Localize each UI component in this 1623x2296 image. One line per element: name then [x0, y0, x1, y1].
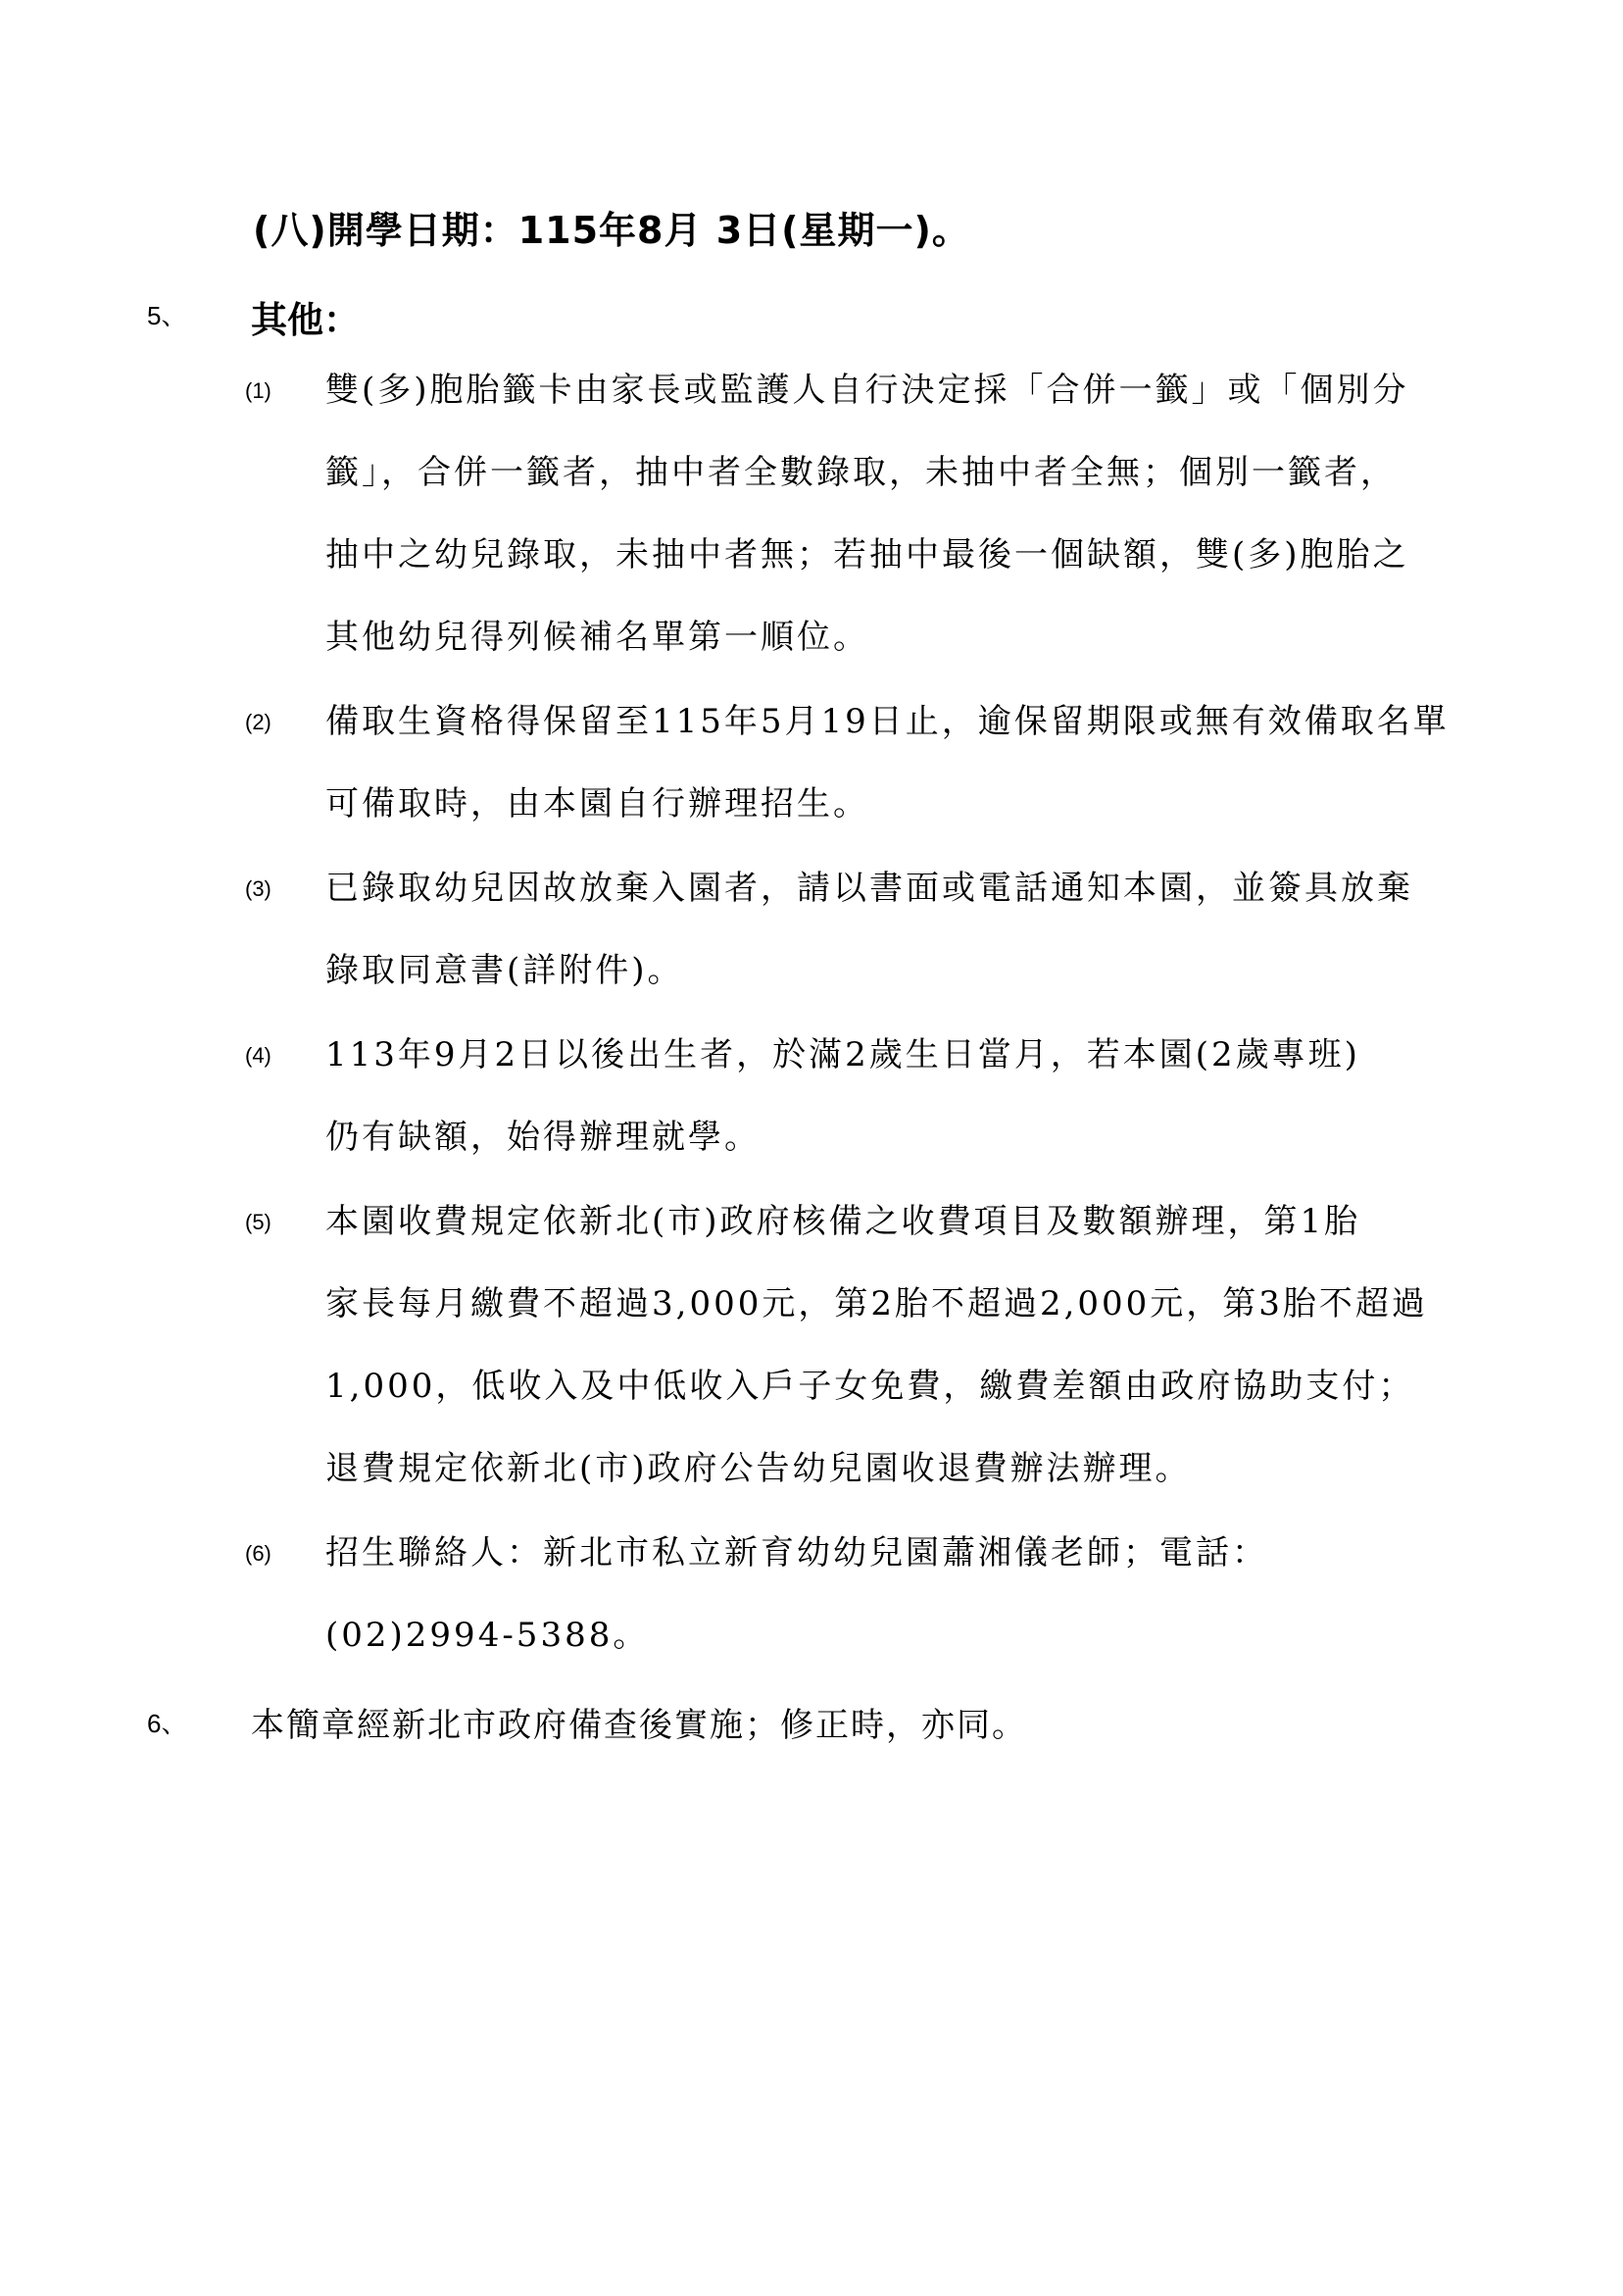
section-number: 5、 [147, 296, 186, 332]
item-line: 可備取時，由本園自行辦理招生。 [325, 784, 869, 824]
item-line: 退費規定依新北(市)政府公告幼兒園收退費辦法辦理。 [325, 1449, 1192, 1488]
section-title: 其他： [251, 290, 360, 343]
item-number: (5) [245, 1210, 271, 1235]
item-line: 家長每月繳費不超過3,000元，第2胎不超過2,000元，第3胎不超過 [325, 1284, 1428, 1323]
item-line: (02)2994-5388。 [325, 1616, 649, 1655]
item-line: 備取生資格得保留至115年5月19日止，逾保留期限或無有效備取名單 [325, 702, 1450, 741]
document-page: (八)開學日期：115年8月 3日(星期一)。 5、 其他： (1) 雙(多)胞… [0, 0, 1623, 2296]
section-text: 本簡章經新北市政府備查後實施；修正時，亦同。 [251, 1698, 1027, 1746]
section-number: 6、 [147, 1704, 186, 1740]
item-line: 已錄取幼兒因故放棄入園者，請以書面或電話通知本園，並簽具放棄 [325, 869, 1413, 908]
item-line: 籤」，合併一籤者，抽中者全數錄取，未抽中者全無；個別一籤者， [325, 453, 1397, 492]
item-line: 招生聯絡人：新北市私立新育幼幼兒園蕭湘儀老師；電話： [325, 1533, 1268, 1572]
item-line: 仍有缺額，始得辦理就學。 [325, 1118, 761, 1157]
item-number: (4) [245, 1043, 271, 1069]
item-line: 其他幼兒得列候補名單第一順位。 [325, 618, 869, 657]
item-number: (6) [245, 1541, 271, 1567]
item-line: 1,000，低收入及中低收入戶子女免費，繳費差額由政府協助支付； [325, 1367, 1414, 1406]
item-number: (3) [245, 876, 271, 902]
item-line: 錄取同意書(詳附件)。 [325, 951, 684, 990]
item-number: (1) [245, 378, 271, 404]
item-line: 本園收費規定依新北(市)政府核備之收費項目及數額辦理，第1胎 [325, 1202, 1360, 1241]
item-line: 雙(多)胞胎籤卡由家長或監護人自行決定採「合併一籤」或「個別分 [325, 371, 1409, 410]
item-number: (2) [245, 710, 271, 735]
item-line: 抽中之幼兒錄取，未抽中者無；若抽中最後一個缺額，雙(多)胞胎之 [325, 535, 1409, 574]
start-date-heading: (八)開學日期：115年8月 3日(星期一)。 [253, 200, 970, 254]
item-line: 113年9月2日以後出生者，於滿2歲生日當月，若本園(2歲專班) [325, 1035, 1360, 1074]
